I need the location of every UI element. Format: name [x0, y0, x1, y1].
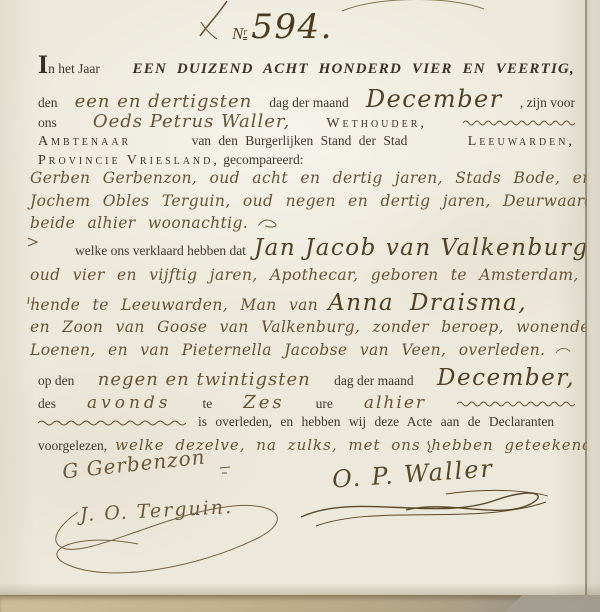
welke-text: welke ons verklaard hebben dat: [75, 243, 246, 259]
dag-der-maand-2: dag der maand: [334, 373, 413, 389]
deceased-name: Jan Jacob van Valkenburg,: [254, 235, 598, 261]
line-year: In het Jaar EEN DUIZEND ACHT HONDERD VIE…: [38, 58, 575, 78]
deceased-detail-3: en Zoon van Goose van Valkenburg, zonder…: [30, 318, 578, 336]
number-label: Nr: [232, 25, 247, 42]
word-ambtenaar: Ambtenaar: [38, 134, 131, 150]
op-den: op den: [38, 373, 74, 389]
declarant-line-3: beide alhier woonachtig.: [30, 214, 278, 232]
deceased-detail-2-text: nende te Leeuwarden, Man van: [30, 296, 318, 314]
line-death-date: op den negen en twintigsten dag der maan…: [38, 365, 575, 391]
ink-mark: [424, 440, 434, 454]
ink-squiggle: [38, 418, 186, 426]
page-edge-line: [585, 0, 587, 599]
line-ambtenaar: Ambtenaar van den Burgerlijken Stand der…: [38, 133, 575, 150]
dag-der-maand: dag der maand: [269, 95, 348, 111]
spouse-name: Anna Draisma,: [328, 290, 527, 316]
ink-hook: [554, 345, 572, 355]
line-declaration: welke ons verklaard hebben dat Jan Jacob…: [75, 235, 600, 261]
province-name: Provincie Vriesland,: [38, 153, 220, 168]
number-superscript: r: [243, 29, 247, 40]
drop-cap: I: [38, 50, 48, 79]
word-den: den: [38, 95, 58, 111]
year-words: EEN DUIZEND ACHT HONDERD VIER EN VEERTIG…: [133, 61, 575, 78]
ink-squiggle: [457, 399, 575, 407]
word-te: te: [203, 396, 213, 412]
declarant-line-1: Gerben Gerbenzon, oud acht en dertig jar…: [30, 169, 578, 187]
deceased-detail-1: oud vier en vijftig jaren, Apothecar, ge…: [30, 266, 578, 284]
burgerlijke-stand-text: van den Burgerlijken Stand der Stad: [192, 133, 408, 149]
year-prefix: In het Jaar: [38, 58, 100, 77]
act-month: December: [366, 85, 503, 113]
death-hour: Zes: [243, 392, 284, 413]
death-day: negen en twintigsten: [98, 369, 311, 390]
declarant-line-2: Jochem Obles Terguin, oud negen en derti…: [30, 192, 578, 210]
adjacent-page-edge: [587, 0, 600, 598]
ink-flourish: [193, 0, 233, 46]
official-name: Oeds Petrus Waller,: [93, 111, 290, 132]
act-day: een en dertigsten: [75, 91, 253, 112]
ink-flourish: [338, 0, 488, 12]
ink-mark: [218, 465, 232, 475]
word-ons: ons: [38, 115, 57, 131]
overleden-text: is overleden, en hebben wij deze Acte aa…: [198, 414, 554, 430]
death-daypart: avonds: [87, 393, 172, 413]
line-official: ons Oeds Petrus Waller, Wethouder,: [38, 111, 575, 132]
death-month: December,: [437, 365, 575, 391]
line-province: Provincie Vriesland, gecompareerd:: [38, 152, 575, 169]
line-overleden: is overleden, en hebben wij deze Acte aa…: [38, 414, 575, 430]
ink-hook: [256, 217, 278, 229]
word-des: des: [38, 396, 56, 412]
deceased-detail-4: Loenen, en van Pieternella Jacobse van V…: [30, 341, 572, 359]
act-number: 594.: [251, 12, 333, 42]
word-gecompareerd: gecompareerd:: [223, 152, 303, 167]
deceased-detail-2: nende te Leeuwarden, Man van Anna Draism…: [30, 290, 578, 316]
line-date: den een en dertigsten dag der maand Dece…: [38, 85, 575, 113]
word-ure: ure: [316, 396, 333, 412]
zijn-voor: , zijn voor: [520, 95, 575, 111]
death-place: alhier: [364, 393, 426, 413]
ink-squiggle: [463, 118, 575, 126]
signature-flourish: [296, 482, 561, 532]
city-name: Leeuwarden,: [468, 134, 575, 150]
margin-mark: [26, 236, 40, 248]
signature-flourish: [18, 492, 308, 592]
official-title: Wethouder,: [326, 116, 427, 132]
line-death-hour: des avonds te Zes ure alhier: [38, 392, 575, 413]
document-page: Nr 594. In het Jaar EEN DUIZEND ACHT HON…: [0, 0, 600, 612]
voorgelezen-text: voorgelezen,: [38, 438, 107, 454]
line-closing: voorgelezen, welke dezelve, na zulks, me…: [38, 436, 575, 454]
number-letter: N: [232, 25, 243, 42]
act-number-line: Nr 594.: [232, 12, 333, 42]
